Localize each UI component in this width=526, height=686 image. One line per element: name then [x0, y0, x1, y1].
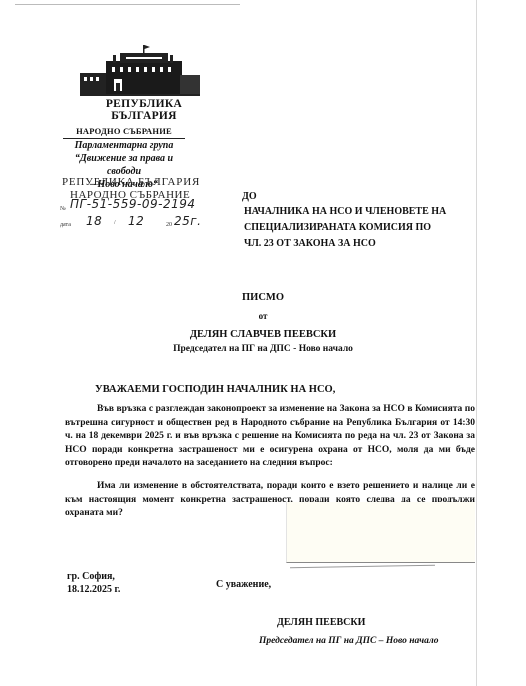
stamp-number-value: ПГ-51-559-09-2194 — [70, 197, 196, 211]
sender-name: ДЕЛЯН СЛАВЧЕВ ПЕЕВСКИ — [0, 329, 526, 340]
stamp-number-label: № — [60, 206, 66, 212]
signer-name: ДЕЛЯН ПЕЕВСКИ — [277, 617, 365, 628]
signature-line — [290, 565, 435, 569]
addressee-line: ЧЛ. 23 ОТ ЗАКОНА ЗА НСО — [244, 236, 446, 252]
letter-date: 18.12.2025 г. — [67, 583, 120, 596]
addressee-block: ДО НАЧАЛНИКА НА НСО И ЧЛЕНОВЕТЕ НА СПЕЦИ… — [244, 198, 446, 252]
letterhead-republic: РЕПУБЛИКА БЪЛГАРИЯ — [74, 98, 214, 122]
addressee-line: СПЕЦИАЛИЗИРАНАТА КОМИСИЯ ПО — [244, 220, 446, 236]
group-line: “Движение за права и свободи — [63, 152, 185, 178]
stamp-day: 18 — [86, 214, 102, 228]
salutation: УВАЖАЕМИ ГОСПОДИН НАЧАЛНИК НА НСО, — [95, 384, 335, 395]
parliament-building-logo — [80, 45, 200, 97]
stamp-month: 12 — [128, 214, 144, 228]
place-date-block: гр. София, 18.12.2025 г. — [67, 570, 120, 596]
stamp-date-label: дата — [60, 222, 71, 228]
stamp-year-prefix: 20 — [166, 222, 172, 228]
group-line: Парламентарна група — [63, 139, 185, 152]
body-paragraph: Във връзка с разглеждан законопроект за … — [65, 403, 475, 471]
addressee-to: ДО — [242, 189, 257, 205]
registration-stamp: РЕПУБЛИКА БЪЛГАРИЯ НАРОДНО СЪБРАНИЕ № ПГ… — [56, 176, 206, 201]
scan-top-edge — [15, 4, 240, 5]
scan-right-edge — [476, 0, 477, 686]
letterhead-assembly: НАРОДНО СЪБРАНИЕ — [63, 126, 185, 139]
closing-regards: С уважение, — [216, 579, 271, 590]
city: гр. София, — [67, 570, 120, 583]
addressee-line: НАЧАЛНИКА НА НСО И ЧЛЕНОВЕТЕ НА — [244, 204, 446, 220]
sender-role: Председател на ПГ на ДПС - Ново начало — [0, 344, 526, 354]
letter-from: от — [0, 311, 526, 321]
stamp-republic: РЕПУБЛИКА БЪЛГАРИЯ — [56, 176, 206, 189]
signer-role: Председател на ПГ на ДПС – Ново начало — [259, 636, 439, 646]
redacted-signature-area — [286, 502, 475, 563]
stamp-year: 25г. — [174, 214, 201, 228]
letter-title: ПИСМО — [0, 292, 526, 303]
